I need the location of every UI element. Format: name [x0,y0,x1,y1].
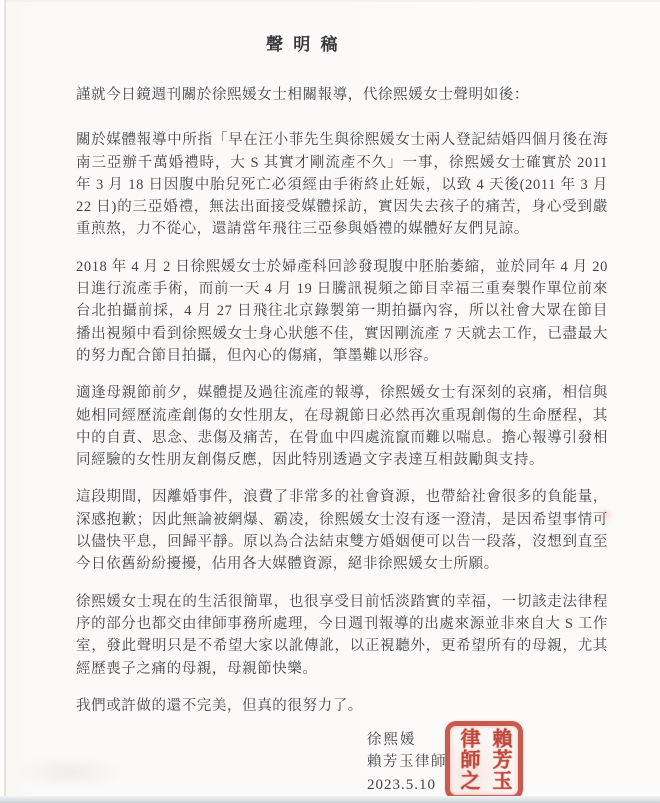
signature-block: 徐熙媛 賴芳玉律師 2023.5.10 [367,729,447,796]
signature-lawyer: 賴芳玉律師 [367,751,447,773]
statement-document: 聲 明 稿 謹就今日鏡週刊關於徐熙媛女士相關報導，代徐熙媛女士聲明如後： 關於媒… [0,0,660,803]
signature-name: 徐熙媛 [367,729,447,751]
lawyer-seal-stamp: 賴芳玉 律師之 [445,721,523,800]
statement-paragraph-mothers-day: 適逢母親節前夕，媒體提及過往流產的報導，徐熙媛女士有深刻的哀痛，相信與她相同經歷… [76,382,608,471]
seal-right-column: 賴芳玉 [486,728,514,793]
seal-left-column: 律師之 [454,728,482,793]
statement-paragraph-closing: 我們或許做的還不完美，但真的很努力了。 [76,695,608,717]
signature-date: 2023.5.10 [367,774,447,796]
statement-paragraph-2011-miscarriage: 關於媒體報導中所指「早在汪小菲先生與徐熙媛女士兩人登記結婚四個月後在海南三亞辦千… [76,129,608,240]
scan-bottom-edge [0,796,660,803]
scan-top-edge [0,0,660,2]
statement-paragraph-divorce: 這段期間，因離婚事件，浪費了非常多的社會資源，也帶給社會很多的負能量，深感抱歉；… [76,486,608,575]
scan-smudge [12,756,127,788]
statement-paragraph-current-life: 徐熙媛女士現在的生活很簡單，也很享受目前恬淡踏實的幸福，一切該走法律程序的部分也… [76,591,608,680]
scan-ink-mark [596,507,614,523]
statement-title: 聲 明 稿 [266,30,341,55]
scan-left-edge-line [4,0,6,803]
statement-paragraph-intro: 謹就今日鏡週刊關於徐熙媛女士相關報導，代徐熙媛女士聲明如後： [76,84,608,106]
statement-body: 謹就今日鏡週刊關於徐熙媛女士相關報導，代徐熙媛女士聲明如後： 關於媒體報導中所指… [76,84,608,732]
statement-paragraph-2018-miscarriage: 2018 年 4 月 2 日徐熙媛女士於婦產科回診發現腹中胚胎萎縮，並於同年 4… [76,256,608,367]
